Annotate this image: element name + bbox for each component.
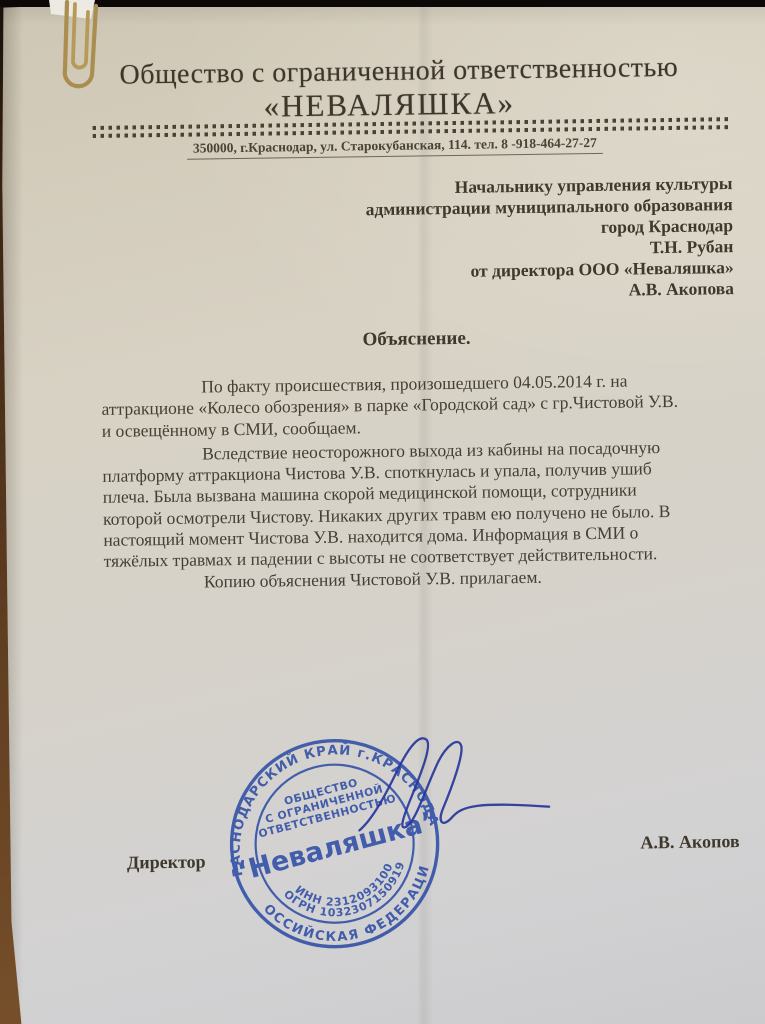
letterhead-address: 350000, г.Краснодар, ул. Старокубанская,…: [187, 135, 603, 160]
document-content: Общество с ограниченной ответственностью…: [0, 0, 765, 1024]
document-body: По факту происшествия, произошедшего 04.…: [101, 369, 746, 594]
paperclip-icon: [45, 0, 125, 105]
footer-position-label: Директор: [127, 852, 206, 874]
recipient-block: Начальнику управления культуры администр…: [365, 173, 734, 304]
recipient-line: А.В. Акопова: [367, 278, 734, 304]
document-title: Объяснение.: [106, 324, 726, 355]
signature-stroke: [358, 737, 549, 831]
director-signature: [348, 726, 562, 844]
footer-director-name: А.В. Акопов: [640, 831, 740, 853]
photographed-document: Общество с ограниченной ответственностью…: [0, 0, 765, 1024]
